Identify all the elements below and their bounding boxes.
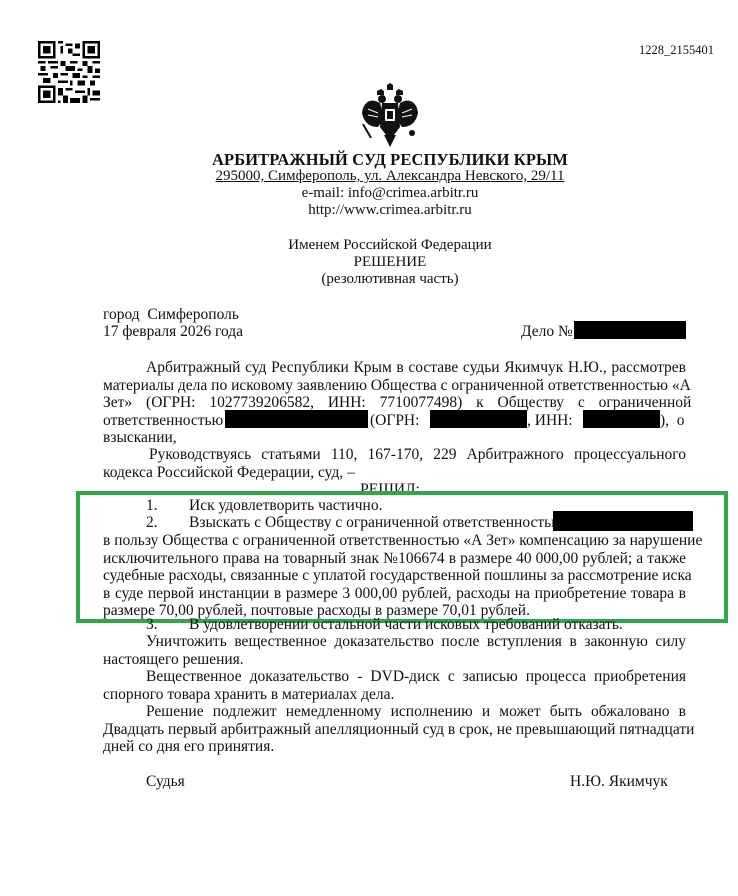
intro-line-4a: ответственностью xyxy=(103,412,223,430)
evidence-destroy-line-2: настоящего решения. xyxy=(103,651,244,669)
document-id: 1228_2155401 xyxy=(639,43,714,58)
evidence-keep-line-1: Вещественное доказательство - DVD-диск с… xyxy=(103,668,686,686)
decision-subtitle: (резолютивная часть) xyxy=(0,271,738,288)
highlight-box xyxy=(76,491,728,623)
qr-code-icon xyxy=(38,41,100,103)
redacted-defendant-name xyxy=(225,410,368,428)
evidence-destroy-line-1: Уничтожить вещественное доказательство п… xyxy=(103,633,686,651)
appeal-line-3: дней со дня его принятия. xyxy=(103,738,274,756)
city: город Симферополь xyxy=(103,306,239,324)
decision-title: РЕШЕНИЕ xyxy=(0,254,738,271)
intro-line-2: материалы дела по исковому заявлению Общ… xyxy=(103,377,686,395)
intro-line-4b: (ОГРН: xyxy=(370,412,419,430)
evidence-destroy-text: Уничтожить вещественное доказательство п… xyxy=(146,633,686,650)
signature-label: Судья xyxy=(146,773,185,791)
intro-line-4c: , ИНН: xyxy=(527,412,573,430)
grounds-text: Руководствуясь статьями 110, 167-170, 22… xyxy=(149,446,686,463)
item-3-number: 3. xyxy=(146,616,158,634)
redacted-defendant-inn xyxy=(583,410,660,428)
intro-line-5: взыскании, xyxy=(103,429,177,447)
court-email: e-mail: info@crimea.arbitr.ru xyxy=(0,185,738,202)
grounds-line-1: Руководствуясь статьями 110, 167-170, 22… xyxy=(103,446,686,464)
appeal-line-2: Двадцать первый арбитражный апелляционны… xyxy=(103,721,686,739)
court-name: АРБИТРАЖНЫЙ СУД РЕСПУБЛИКИ КРЫМ xyxy=(0,150,738,170)
appeal-line-1: Решение подлежит немедленному исполнению… xyxy=(103,703,686,721)
intro-text: Арбитражный суд Республики Крым в состав… xyxy=(146,359,686,376)
russian-coat-of-arms-icon xyxy=(360,83,420,147)
evidence-keep-text: Вещественное доказательство - DVD-диск с… xyxy=(146,668,686,685)
court-address: 295000, Симферополь, ул. Александра Невс… xyxy=(0,168,738,185)
court-website: http://www.crimea.arbitr.ru xyxy=(0,202,738,219)
appeal-text: Решение подлежит немедленному исполнению… xyxy=(146,703,686,720)
redacted-case-number xyxy=(574,321,686,339)
case-number-label: Дело № xyxy=(521,323,573,341)
intro-line-4d: ), о xyxy=(660,412,685,430)
intro-line-3: Зет» (ОГРН: 1027739206582, ИНН: 77100774… xyxy=(103,394,686,412)
in-the-name-of: Именем Российской Федерации xyxy=(0,237,738,254)
redacted-defendant-ogrn xyxy=(430,410,527,428)
item-3-text: В удовлетворении остальной части исковых… xyxy=(189,616,623,634)
intro-line-1: Арбитражный суд Республики Крым в состав… xyxy=(103,359,686,377)
grounds-line-2: кодекса Российской Федерации, суд, – xyxy=(103,464,355,482)
evidence-keep-line-2: спорного товара хранить в материалах дел… xyxy=(103,686,394,704)
decision-date: 17 февраля 2026 года xyxy=(103,323,243,341)
judge-name: Н.Ю. Якимчук xyxy=(570,773,668,791)
